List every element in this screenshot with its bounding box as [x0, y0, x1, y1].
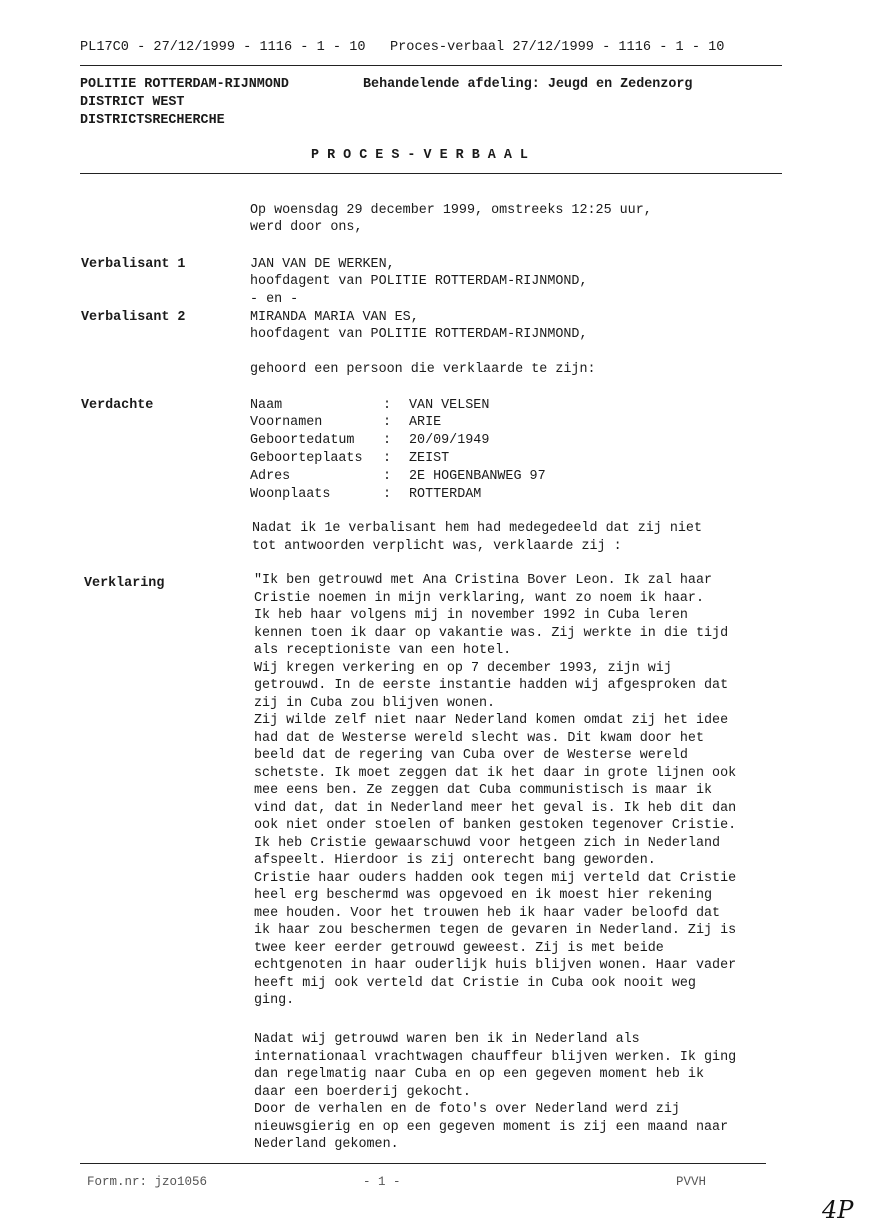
statement-line: Nadat wij getrouwd waren ben ik in Neder… [254, 1031, 640, 1049]
statement-line: had dat de Westerse wereld slecht was. D… [254, 730, 704, 748]
statement-line: beeld dat de regering van Cuba over de W… [254, 747, 688, 765]
field-colon: : [383, 451, 409, 466]
intro-line-2: werd door ons, [250, 220, 363, 235]
suspect-field-adres: Adres:2E HOGENBANWEG 97 [250, 469, 546, 484]
field-value: ROTTERDAM [409, 487, 481, 502]
field-key: Geboorteplaats [250, 451, 383, 466]
statement-label: Verklaring [84, 576, 164, 591]
suspect-field-voornamen: Voornamen:ARIE [250, 415, 441, 430]
statement-line: nieuwsgierig en op een gegeven moment is… [254, 1119, 728, 1137]
verbalisant-2-label: Verbalisant 2 [81, 310, 185, 325]
heard-line: gehoord een persoon die verklaarde te zi… [250, 362, 596, 377]
field-value: ARIE [409, 415, 441, 430]
field-value: ZEIST [409, 451, 449, 466]
statement-line: echtgenoten in haar ouderlijk huis blijv… [254, 957, 736, 975]
statement-line: heel erg beschermd was opgevoed en ik mo… [254, 887, 712, 905]
field-colon: : [383, 469, 409, 484]
field-value: VAN VELSEN [409, 398, 489, 413]
statement-line: "Ik ben getrouwd met Ana Cristina Bover … [254, 572, 712, 590]
statement-line: Cristie haar ouders hadden ook tegen mij… [254, 870, 736, 888]
header-divider [80, 65, 782, 66]
org-name: POLITIE ROTTERDAM-RIJNMOND [80, 77, 289, 92]
suspect-field-geboortedatum: Geboortedatum:20/09/1949 [250, 433, 489, 448]
suspect-field-geboorteplaats: Geboorteplaats:ZEIST [250, 451, 449, 466]
statement-line: ook niet onder stoelen of banken gestoke… [254, 817, 736, 835]
caution-line-1: Nadat ik 1e verbalisant hem had medegede… [252, 521, 702, 536]
statement-line: twee keer eerder getrouwd geweest. Zij i… [254, 940, 664, 958]
statement-line: getrouwd. In de eerste instantie hadden … [254, 677, 728, 695]
verbalisant-1-role: hoofdagent van POLITIE ROTTERDAM-RIJNMON… [250, 274, 588, 289]
title-divider [80, 173, 782, 174]
statement-line: afspeelt. Hierdoor is zij onterecht bang… [254, 852, 656, 870]
verbalisant-1-label: Verbalisant 1 [81, 257, 185, 272]
statement-line: vind dat, dat in Nederland meer het geva… [254, 800, 736, 818]
document-title: P R O C E S - V E R B A A L [311, 148, 528, 163]
statement-line: heeft mij ook verteld dat Cristie in Cub… [254, 975, 696, 993]
statement-line: internationaal vrachtwagen chauffeur bli… [254, 1049, 736, 1067]
org-unit: DISTRICTSRECHERCHE [80, 113, 225, 128]
statement-line: Door de verhalen en de foto's over Neder… [254, 1101, 680, 1119]
statement-line: als receptioniste van een hotel. [254, 642, 511, 660]
caution-line-2: tot antwoorden verplicht was, verklaarde… [252, 539, 622, 554]
field-colon: : [383, 487, 409, 502]
field-colon: : [383, 433, 409, 448]
verbalisant-1-name: JAN VAN DE WERKEN, [250, 257, 395, 272]
field-key: Geboortedatum [250, 433, 383, 448]
suspect-field-naam: Naam:VAN VELSEN [250, 398, 489, 413]
handwritten-mark: 4P [822, 1196, 853, 1223]
statement-line: Cristie noemen in mijn verklaring, want … [254, 590, 704, 608]
statement-line: ik haar zou beschermen tegen de gevaren … [254, 922, 736, 940]
field-value: 20/09/1949 [409, 433, 489, 448]
field-key: Voornamen [250, 415, 383, 430]
statement-line: mee eens ben. Ze zeggen dat Cuba communi… [254, 782, 712, 800]
field-key: Naam [250, 398, 383, 413]
footer-divider [80, 1163, 766, 1164]
page-number: - 1 - [363, 1175, 401, 1189]
field-colon: : [383, 398, 409, 413]
intro-line-1: Op woensdag 29 december 1999, omstreeks … [250, 203, 652, 218]
statement-line: schetste. Ik moet zeggen dat ik het daar… [254, 765, 736, 783]
form-number: Form.nr: jzo1056 [87, 1175, 207, 1189]
field-key: Woonplaats [250, 487, 383, 502]
field-key: Adres [250, 469, 383, 484]
department: Behandelende afdeling: Jeugd en Zedenzor… [363, 77, 692, 92]
initials: PVVH [676, 1175, 706, 1189]
statement-line: Wij kregen verkering en op 7 december 19… [254, 660, 672, 678]
running-header: PL17C0 - 27/12/1999 - 1116 - 1 - 10 Proc… [80, 40, 724, 55]
field-colon: : [383, 415, 409, 430]
suspect-label: Verdachte [81, 398, 153, 413]
org-district: DISTRICT WEST [80, 95, 184, 110]
statement-line: Nederland gekomen. [254, 1136, 399, 1154]
verbalisant-2-role: hoofdagent van POLITIE ROTTERDAM-RIJNMON… [250, 327, 588, 342]
statement-line: ging. [254, 992, 294, 1010]
statement-line: daar een boerderij gekocht. [254, 1084, 471, 1102]
verbalisant-2-name: MIRANDA MARIA VAN ES, [250, 310, 419, 325]
conjunction: - en - [250, 292, 298, 307]
statement-line: zij in Cuba zou blijven wonen. [254, 695, 495, 713]
statement-line: mee houden. Voor het trouwen heb ik haar… [254, 905, 720, 923]
statement-line: kennen toen ik daar op vakantie was. Zij… [254, 625, 728, 643]
statement-line: dan regelmatig naar Cuba en op een gegev… [254, 1066, 704, 1084]
statement-line: Zij wilde zelf niet naar Nederland komen… [254, 712, 728, 730]
suspect-field-woonplaats: Woonplaats:ROTTERDAM [250, 487, 481, 502]
statement-line: Ik heb Cristie gewaarschuwd voor hetgeen… [254, 835, 720, 853]
field-value: 2E HOGENBANWEG 97 [409, 469, 546, 484]
statement-line: Ik heb haar volgens mij in november 1992… [254, 607, 688, 625]
